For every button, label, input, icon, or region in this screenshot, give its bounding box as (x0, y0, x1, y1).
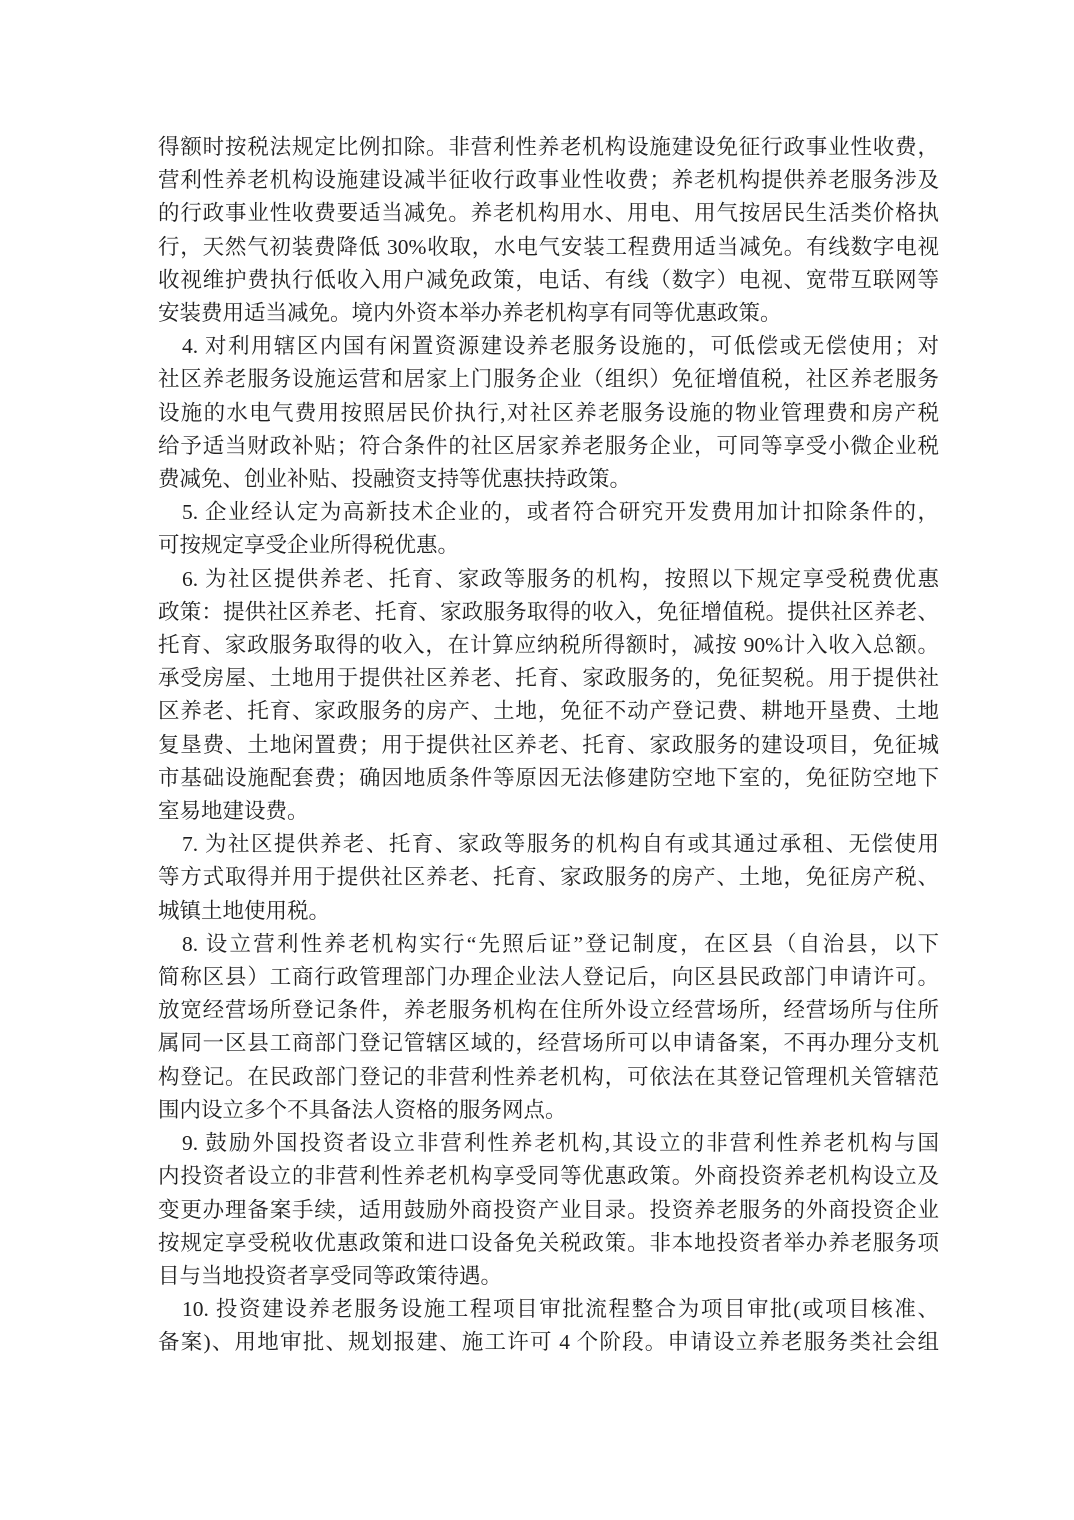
text-line: 8. 设立营利性养老机构实行“先照后证”登记制度，在区县（自治县，以下 (158, 928, 939, 961)
text-line: 城镇土地使用税。 (158, 895, 939, 928)
text-line: 5. 企业经认定为高新技术企业的，或者符合研究开发费用加计扣除条件的， (158, 496, 939, 529)
text-line: 简称区县）工商行政管理部门办理企业法人登记后，向区县民政部门申请许可。 (158, 961, 939, 994)
paragraph: 9. 鼓励外国投资者设立非营利性养老机构,其设立的非营利性养老机构与国内投资者设… (158, 1127, 939, 1293)
text-line: 设施的水电气费用按照居民价执行,对社区养老服务设施的物业管理费和房产税 (158, 397, 939, 430)
paragraph: 4. 对利用辖区内国有闲置资源建设养老服务设施的，可低偿或无偿使用；对社区养老服… (158, 330, 939, 496)
text-line: 10. 投资建设养老服务设施工程项目审批流程整合为项目审批(或项目核准、 (158, 1293, 939, 1326)
text-line: 区养老、托育、家政服务的房产、土地，免征不动产登记费、耕地开垦费、土地 (158, 695, 939, 728)
text-line: 构登记。在民政部门登记的非营利性养老机构，可依法在其登记管理机关管辖范 (158, 1061, 939, 1094)
text-line: 室易地建设费。 (158, 795, 939, 828)
text-line: 放宽经营场所登记条件，养老服务机构在住所外设立经营场所，经营场所与住所 (158, 994, 939, 1027)
text-line: 备案)、用地审批、规划报建、施工许可 4 个阶段。申请设立养老服务类社会组 (158, 1326, 939, 1359)
text-line: 4. 对利用辖区内国有闲置资源建设养老服务设施的，可低偿或无偿使用；对 (158, 330, 939, 363)
paragraph: 5. 企业经认定为高新技术企业的，或者符合研究开发费用加计扣除条件的，可按规定享… (158, 496, 939, 562)
text-line: 可按规定享受企业所得税优惠。 (158, 529, 939, 562)
text-line: 营利性养老机构设施建设减半征收行政事业性收费；养老机构提供养老服务涉及 (158, 164, 939, 197)
text-line: 内投资者设立的非营利性养老机构享受同等优惠政策。外商投资养老机构设立及 (158, 1160, 939, 1193)
text-line: 复垦费、土地闲置费；用于提供社区养老、托育、家政服务的建设项目，免征城 (158, 729, 939, 762)
text-line: 承受房屋、土地用于提供社区养老、托育、家政服务的，免征契税。用于提供社 (158, 662, 939, 695)
text-line: 费减免、创业补贴、投融资支持等优惠扶持政策。 (158, 463, 939, 496)
text-line: 托育、家政服务取得的收入，在计算应纳税所得额时，减按 90%计入收入总额。 (158, 629, 939, 662)
text-line: 得额时按税法规定比例扣除。非营利性养老机构设施建设免征行政事业性收费， (158, 131, 939, 164)
text-line: 目与当地投资者享受同等政策待遇。 (158, 1260, 939, 1293)
paragraph: 8. 设立营利性养老机构实行“先照后证”登记制度，在区县（自治县，以下简称区县）… (158, 928, 939, 1127)
text-line: 变更办理备案手续，适用鼓励外商投资产业目录。投资养老服务的外商投资企业 (158, 1194, 939, 1227)
paragraph: 7. 为社区提供养老、托育、家政等服务的机构自有或其通过承租、无偿使用等方式取得… (158, 828, 939, 928)
text-line: 市基础设施配套费；确因地质条件等原因无法修建防空地下室的，免征防空地下 (158, 762, 939, 795)
text-line: 按规定享受税收优惠政策和进口设备免关税政策。非本地投资者举办养老服务项 (158, 1227, 939, 1260)
text-line: 等方式取得并用于提供社区养老、托育、家政服务的房产、土地，免征房产税、 (158, 861, 939, 894)
text-line: 9. 鼓励外国投资者设立非营利性养老机构,其设立的非营利性养老机构与国 (158, 1127, 939, 1160)
text-line: 属同一区县工商部门登记管辖区域的，经营场所可以申请备案，不再办理分支机 (158, 1027, 939, 1060)
text-line: 围内设立多个不具备法人资格的服务网点。 (158, 1094, 939, 1127)
document-text-block: 得额时按税法规定比例扣除。非营利性养老机构设施建设免征行政事业性收费，营利性养老… (158, 131, 939, 1360)
document-page: 得额时按税法规定比例扣除。非营利性养老机构设施建设免征行政事业性收费，营利性养老… (0, 0, 1074, 1520)
paragraph: 10. 投资建设养老服务设施工程项目审批流程整合为项目审批(或项目核准、备案)、… (158, 1293, 939, 1359)
text-line: 安装费用适当减免。境内外资本举办养老机构享有同等优惠政策。 (158, 297, 939, 330)
text-line: 社区养老服务设施运营和居家上门服务企业（组织）免征增值税，社区养老服务 (158, 363, 939, 396)
text-line: 政策：提供社区养老、托育、家政服务取得的收入，免征增值税。提供社区养老、 (158, 596, 939, 629)
paragraph: 6. 为社区提供养老、托育、家政等服务的机构，按照以下规定享受税费优惠政策：提供… (158, 563, 939, 829)
text-line: 7. 为社区提供养老、托育、家政等服务的机构自有或其通过承租、无偿使用 (158, 828, 939, 861)
text-line: 6. 为社区提供养老、托育、家政等服务的机构，按照以下规定享受税费优惠 (158, 563, 939, 596)
text-line: 的行政事业性收费要适当减免。养老机构用水、用电、用气按居民生活类价格执 (158, 197, 939, 230)
paragraph: 得额时按税法规定比例扣除。非营利性养老机构设施建设免征行政事业性收费，营利性养老… (158, 131, 939, 330)
text-line: 收视维护费执行低收入用户减免政策，电话、有线（数字）电视、宽带互联网等 (158, 264, 939, 297)
text-line: 行，天然气初装费降低 30%收取，水电气安装工程费用适当减免。有线数字电视 (158, 231, 939, 264)
text-line: 给予适当财政补贴；符合条件的社区居家养老服务企业，可同等享受小微企业税 (158, 430, 939, 463)
